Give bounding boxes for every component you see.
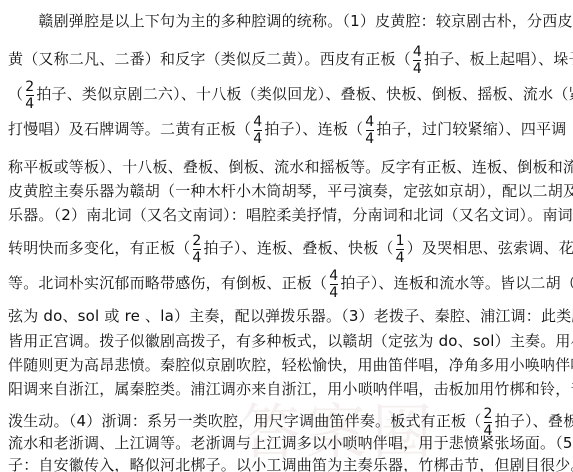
text-segment: 赣剧弹腔是以上下句为主的多种腔调的统称。（1）皮黄腔：较京剧古朴，分西皮、二: [8, 12, 573, 30]
text-segment: 皆用正宫调。拨子似徽剧高拨子，有多种板式，以赣胡（定弦为 do、sol）主奏。用…: [8, 332, 573, 350]
text-segment: 黄（又称二凡、二番）和反字（类似反二黄）。西皮有正板（: [8, 50, 411, 68]
text-line-9: 等。北词朴实沉郁而略带感伤，有倒板、正板（44拍子）、连板和流水等。皆以二胡（定: [8, 268, 569, 299]
text-segment: 皮黄腔主奏乐器为赣胡（一种木杆小木筒胡琴，平弓演奏，定弦如京胡），配以二胡及弹拨: [8, 182, 573, 200]
text-line-6: 皮黄腔主奏乐器为赣胡（一种木杆小木筒胡琴，平弓演奏，定弦如京胡），配以二胡及弹拨: [8, 182, 569, 200]
text-segment: 拍子，过门较紧缩）、四平调（亦: [376, 120, 573, 138]
text-segment: 拍子）、连板和流水等。皆以二胡（定: [340, 274, 573, 292]
fraction: 44: [329, 269, 338, 300]
document-page: 答案圈 赣剧弹腔是以上下句为主的多种腔调的统称。（1）皮黄腔：较京剧古朴，分西皮…: [0, 0, 573, 472]
text-segment: 转明快而多变化，有正板（: [8, 239, 190, 257]
text-line-10: 弦为 do、sol 或 re 、la）主奏，配以弹拨乐器。（3）老拨子、秦腔、浦…: [8, 307, 569, 325]
text-line-14: 泼生动。（4）浙调：系另一类吹腔，用尺字调曲笛伴奏。板式有正板（24拍子）、叠板…: [8, 406, 569, 437]
text-segment: 阳调来自浙江，属秦腔类。浦江调亦来自浙江，用小唢呐伴唱，击板加用竹梆和铃，音乐活: [8, 380, 573, 398]
text-line-1: 赣剧弹腔是以上下句为主的多种腔调的统称。（1）皮黄腔：较京剧古朴，分西皮、二: [8, 12, 569, 30]
text-segment: 流水和老浙调、上江调等。老浙调与上江调多以小唢呐伴唱，用于悲愤紧张场面。（5）梆: [8, 434, 573, 452]
fraction: 44: [365, 115, 374, 146]
text-segment: ）及哭相思、弦索调、花滩: [407, 239, 573, 257]
text-line-5: 称平板或等板）、十八板、叠板、倒板、流水和摇板等。反字有正板、连板、倒板和流水等…: [8, 158, 569, 176]
text-segment: 称平板或等板）、十八板、叠板、倒板、流水和摇板等。反字有正板、连板、倒板和流水等…: [8, 158, 573, 176]
text-line-8: 转明快而多变化，有正板（24拍子）、连板、叠板、快板（14）及哭相思、弦索调、花…: [8, 233, 569, 264]
text-segment: 乐器。（2）南北词（又名文南词）：唱腔柔美抒情，分南词和北词（又名文词）。南词婉: [8, 206, 573, 224]
text-line-15: 流水和老浙调、上江调等。老浙调与上江调多以小唢呐伴唱，用于悲愤紧张场面。（5）梆: [8, 434, 569, 452]
text-segment: 拍子）、连板（: [264, 120, 363, 138]
text-line-2: 黄（又称二凡、二番）和反字（类似反二黄）。西皮有正板（44拍子、板上起唱）、垛子: [8, 44, 569, 75]
text-segment: 伴随则更为高昂悲愤。秦腔似京剧吹腔，轻松愉快，用曲笛伴唱，净角多用小唤呐伴唱。松: [8, 356, 573, 374]
text-line-7: 乐器。（2）南北词（又名文南词）：唱腔柔美抒情，分南词和北词（又名文词）。南词婉: [8, 206, 569, 224]
text-segment: 拍子）、叠板、: [495, 412, 573, 430]
text-line-16: 子：自安徽传入，略似河北梆子。以小工调曲笛为主奏乐器，竹梆击节，但剧目很少。赣剧: [8, 456, 569, 472]
text-line-11: 皆用正宫调。拨子似徽剧高拨子，有多种板式，以赣胡（定弦为 do、sol）主奏。用…: [8, 332, 569, 350]
text-segment: 打慢唱）及石牌调等。二黄有正板（: [8, 120, 251, 138]
text-segment: （: [8, 85, 23, 103]
text-segment: 拍子、板上起唱）、垛子: [424, 50, 573, 68]
text-line-13: 阳调来自浙江，属秦腔类。浦江调亦来自浙江，用小唢呐伴唱，击板加用竹梆和铃，音乐活: [8, 380, 569, 398]
fraction: 14: [396, 234, 405, 265]
fraction: 24: [192, 234, 201, 265]
fraction: 44: [253, 115, 262, 146]
text-segment: 拍子）、连板、叠板、快板（: [204, 239, 394, 257]
text-segment: 子：自安徽传入，略似河北梆子。以小工调曲笛为主奏乐器，竹梆击节，但剧目很少。赣剧: [8, 456, 573, 472]
text-line-4: 打慢唱）及石牌调等。二黄有正板（44拍子）、连板（44拍子，过门较紧缩）、四平调…: [8, 114, 569, 145]
text-line-3: （24拍子、类似京剧二六）、十八板（类似回龙）、叠板、快板、倒板、摇板、流水（紧: [8, 79, 569, 110]
text-line-12: 伴随则更为高昂悲愤。秦腔似京剧吹腔，轻松愉快，用曲笛伴唱，净角多用小唤呐伴唱。松: [8, 356, 569, 374]
text-segment: 泼生动。（4）浙调：系另一类吹腔，用尺字调曲笛伴奏。板式有正板（: [8, 412, 481, 430]
text-segment: 弦为 do、sol 或 re 、la）主奏，配以弹拨乐器。（3）老拨子、秦腔、浦…: [8, 307, 573, 325]
text-segment: 拍子、类似京剧二六）、十八板（类似回龙）、叠板、快板、倒板、摇板、流水（紧: [36, 85, 573, 103]
fraction: 44: [413, 45, 422, 76]
fraction: 24: [25, 80, 34, 111]
text-segment: 等。北词朴实沉郁而略带感伤，有倒板、正板（: [8, 274, 327, 292]
